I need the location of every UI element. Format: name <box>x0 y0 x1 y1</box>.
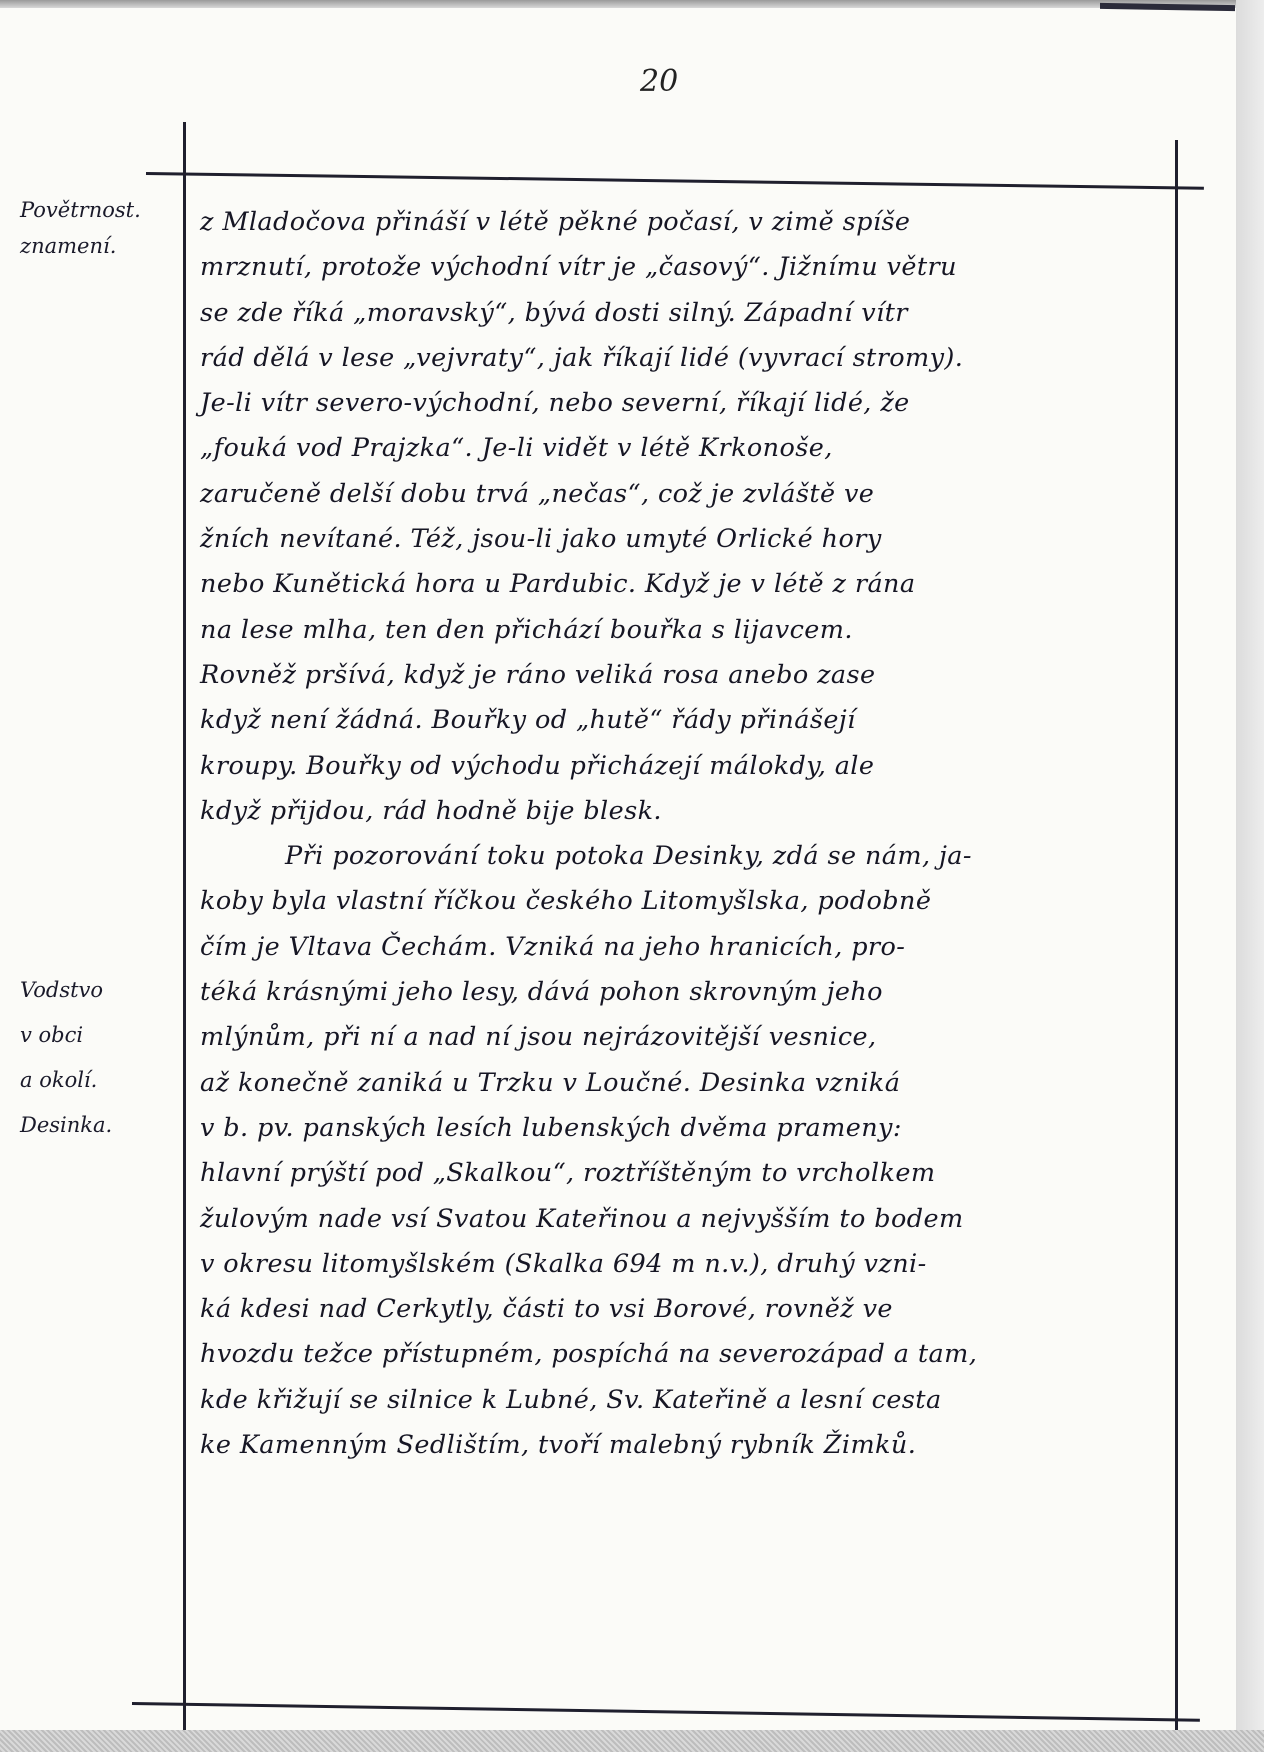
text-line: když není žádná. Bouřky od „hutě“ řády p… <box>200 698 1165 743</box>
text-line: mlýnům, při ní a nad ní jsou nejrázovitě… <box>200 1015 1165 1060</box>
text-line: Je-li vítr severo-východní, nebo severní… <box>200 381 1165 426</box>
text-line: ke Kamenným Sedlištím, tvoří malebný ryb… <box>200 1423 1165 1468</box>
text-line: se zde říká „moravský“, bývá dosti silný… <box>200 291 1165 336</box>
text-line: až konečně zaniká u Trzku v Loučné. Desi… <box>200 1061 1165 1106</box>
margin-note-line: Desinka. <box>20 1103 112 1148</box>
margin-note-water: Vodstvo v obci a okolí. Desinka. <box>20 968 112 1148</box>
margin-note-weather: Povětrnost. znamení. <box>20 192 141 264</box>
scan-right-edge <box>1236 0 1264 1752</box>
right-rule <box>1175 140 1178 1752</box>
text-line: hlavní prýští pod „Skalkou“, roztříštěný… <box>200 1151 1165 1196</box>
text-line: nebo Kunětická hora u Pardubic. Když je … <box>200 562 1165 607</box>
handwritten-body: z Mladočova přináší v létě pěkné počasí,… <box>200 200 1165 1468</box>
margin-note-line: v obci <box>20 1013 112 1058</box>
page-number: 20 <box>640 64 678 99</box>
margin-note-line: znamení. <box>20 228 141 264</box>
text-line: téká krásnými jeho lesy, dává pohon skro… <box>200 970 1165 1015</box>
text-line: čím je Vltava Čechám. Vzniká na jeho hra… <box>200 925 1165 970</box>
text-line: kroupy. Bouřky od východu přicházejí mál… <box>200 744 1165 789</box>
text-line: z Mladočova přináší v létě pěkné počasí,… <box>200 200 1165 245</box>
text-line: Při pozorování toku potoka Desinky, zdá … <box>200 834 1165 879</box>
text-line: v b. pv. panských lesích lubenských dvěm… <box>200 1106 1165 1151</box>
text-line: ká kdesi nad Cerkytly, části to vsi Boro… <box>200 1287 1165 1332</box>
margin-note-line: Vodstvo <box>20 968 112 1013</box>
text-line: na lese mlha, ten den přichází bouřka s … <box>200 608 1165 653</box>
margin-rule <box>183 122 186 1752</box>
text-line: hvozdu težce přístupném, pospíchá na sev… <box>200 1332 1165 1377</box>
text-line: žních nevítané. Též, jsou-li jako umyté … <box>200 517 1165 562</box>
text-line: „fouká vod Prajzka“. Je-li vidět v létě … <box>200 426 1165 471</box>
text-line: když přijdou, rád hodně bije blesk. <box>200 789 1165 834</box>
text-line: mrznutí, protože východní vítr je „časov… <box>200 245 1165 290</box>
text-line: Rovněž pršívá, když je ráno veliká rosa … <box>200 653 1165 698</box>
scan-bottom-edge <box>0 1730 1264 1752</box>
text-line: zaručeně delší dobu trvá „nečas“, což je… <box>200 472 1165 517</box>
margin-note-line: a okolí. <box>20 1058 112 1103</box>
text-line: v okresu litomyšlském (Skalka 694 m n.v.… <box>200 1242 1165 1287</box>
text-line: žulovým nade vsí Svatou Kateřinou a nejv… <box>200 1197 1165 1242</box>
text-line: rád dělá v lese „vejvraty“, jak říkají l… <box>200 336 1165 381</box>
text-line: kde křižují se silnice k Lubné, Sv. Kate… <box>200 1378 1165 1423</box>
text-line: koby byla vlastní říčkou českého Litomyš… <box>200 879 1165 924</box>
scan-top-edge <box>0 0 1264 8</box>
margin-note-line: Povětrnost. <box>20 192 141 228</box>
